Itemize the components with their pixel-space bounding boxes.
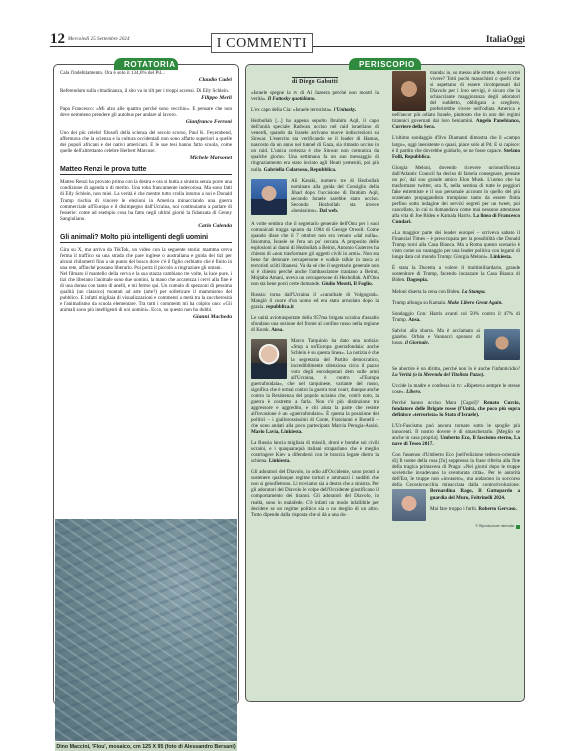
quote-item: Russia: torna dall'Ucraina il «cannibale… — [251, 292, 379, 310]
quote-item: manda: io, so messo alle strette, dove v… — [392, 70, 520, 130]
issue-date: Mercoledì 25 Settembre 2024 — [68, 37, 130, 42]
rotatoria-item: Cala l'indebitamento. Ora è solo il 134,… — [60, 70, 232, 83]
author-signature: Carlo Calenda — [60, 223, 232, 229]
copyright-mark: © Riproduzione riservata — [392, 524, 520, 528]
quote-item: Gli adoratori del Diavolo, in odio all'O… — [251, 469, 379, 517]
author-signature: Filippo Merli — [60, 95, 232, 101]
quote-item: Uccide la madre e confessa in tv: «Ripet… — [392, 383, 520, 395]
quote-item: L'ultimo sondaggio d'Ilvo Diamanti dimos… — [392, 135, 520, 159]
article-headline: Matteo Renzi le prova tutte — [60, 166, 232, 173]
periscopio-column-left: di Diego Gabutti «Israele spegne la tv d… — [251, 79, 379, 523]
author-signature: Gianni Macheda — [60, 314, 232, 320]
headline-rule — [60, 242, 232, 243]
image-caption: Dino Maccini, 'Flou', mosaico, cm 125 X … — [55, 742, 237, 751]
quote-item: La Russia lancia migliaia di missili, dr… — [251, 440, 379, 464]
periscopio-column-right: manda: io, so messo alle strette, dove v… — [392, 70, 520, 529]
quote-item: Hezbollah [...] ha appena sepolto Ibrahi… — [251, 118, 379, 172]
quote-item: Marco Tarquinio ha dato una notizia: «St… — [251, 338, 379, 435]
article-headline: Gli animali? Molto più intelligenti degl… — [60, 234, 232, 241]
quote-item: Se abortire è un diritto, perché non lo … — [392, 366, 520, 378]
quote-item: Perché hanno ucciso Mara [Cagol]? Renato… — [392, 400, 520, 418]
byline: di Diego Gabutti — [251, 79, 379, 85]
quote-item: L'Ur-Fascismo può ancora tornare sotto l… — [392, 423, 520, 447]
quote-item: Con l'assenso d'Umberto Eco [nell'edizio… — [392, 452, 520, 500]
article-body: Matteo Renzi ha provato prima con la des… — [60, 179, 232, 228]
author-signature: Claudio Cadei — [60, 77, 232, 83]
page-number: 12 — [50, 31, 65, 48]
headline-rule — [60, 174, 232, 175]
quote-item: Giorgia Meloni, dovendo ricevere un'onor… — [392, 165, 520, 225]
article-body: Gira su X, ma arriva da TikTok, un video… — [60, 247, 232, 321]
rotatoria-item: Papa Francesco: «Mi alzo alle quattro pe… — [60, 106, 232, 125]
quote-item: Trump allunga su Kamala. Make Libero Gre… — [392, 300, 520, 306]
portrait-photo-icon — [251, 339, 287, 379]
section-title: I COMMENTI — [211, 33, 313, 53]
quote-item: Sondaggio Cnn: Harris avanti col 50% con… — [392, 311, 520, 323]
quote-item: È stata la Ducetta a volere il multimili… — [392, 265, 520, 283]
mosaic-artwork-image — [55, 519, 237, 741]
quote-item: Le unità aviotrasportate della 957ma bri… — [251, 315, 379, 333]
rotatoria-content: Cala l'indebitamento. Ora è solo il 134,… — [60, 70, 232, 325]
quote-item: A volte sembra che il segretario general… — [251, 221, 379, 288]
rotatoria-item: Referendum sulla cittadinanza, il sito v… — [60, 88, 232, 101]
quote-item: Meloni diserta la cena con Biden. La Sta… — [392, 289, 520, 295]
periscopio-panel: PERISCOPIO di Diego Gabutti «Israele spe… — [245, 64, 525, 702]
portrait-photo-icon — [484, 329, 520, 360]
end-square-icon — [516, 525, 520, 529]
page-header: 12 Mercoledì 25 Settembre 2024 I COMMENT… — [50, 30, 525, 52]
quote-item: Salvini alla sbarra. Ma è acclamato ai g… — [392, 328, 520, 361]
rotatoria-tab: ROTATORIA — [114, 58, 178, 70]
portrait-photo-icon — [392, 489, 426, 521]
quote-item: Alì Karaki, numero tre di Hezbollah nomi… — [251, 178, 379, 216]
brand-logo: ItaliaOggi — [486, 34, 525, 44]
portrait-photo-icon — [251, 179, 287, 215]
quote-item: L'ex capo della Cia: «Israele terrorista… — [251, 107, 379, 113]
rotatoria-item: Uno dei più celebri filosofi della scien… — [60, 130, 232, 161]
portrait-photo-icon — [392, 71, 426, 111]
quote-item: «La maggior parte dei leader europei – s… — [392, 230, 520, 260]
author-signature: Gianfranco Ferroni — [60, 119, 232, 125]
rotatoria-panel: ROTATORIA Cala l'indebitamento. Ora è so… — [53, 64, 239, 705]
author-signature: Michele Marsonet — [60, 155, 232, 161]
periscopio-tab: PERISCOPIO — [349, 58, 421, 70]
quote-item: «Israele spegne la tv di Al Jazeera perc… — [251, 90, 379, 102]
